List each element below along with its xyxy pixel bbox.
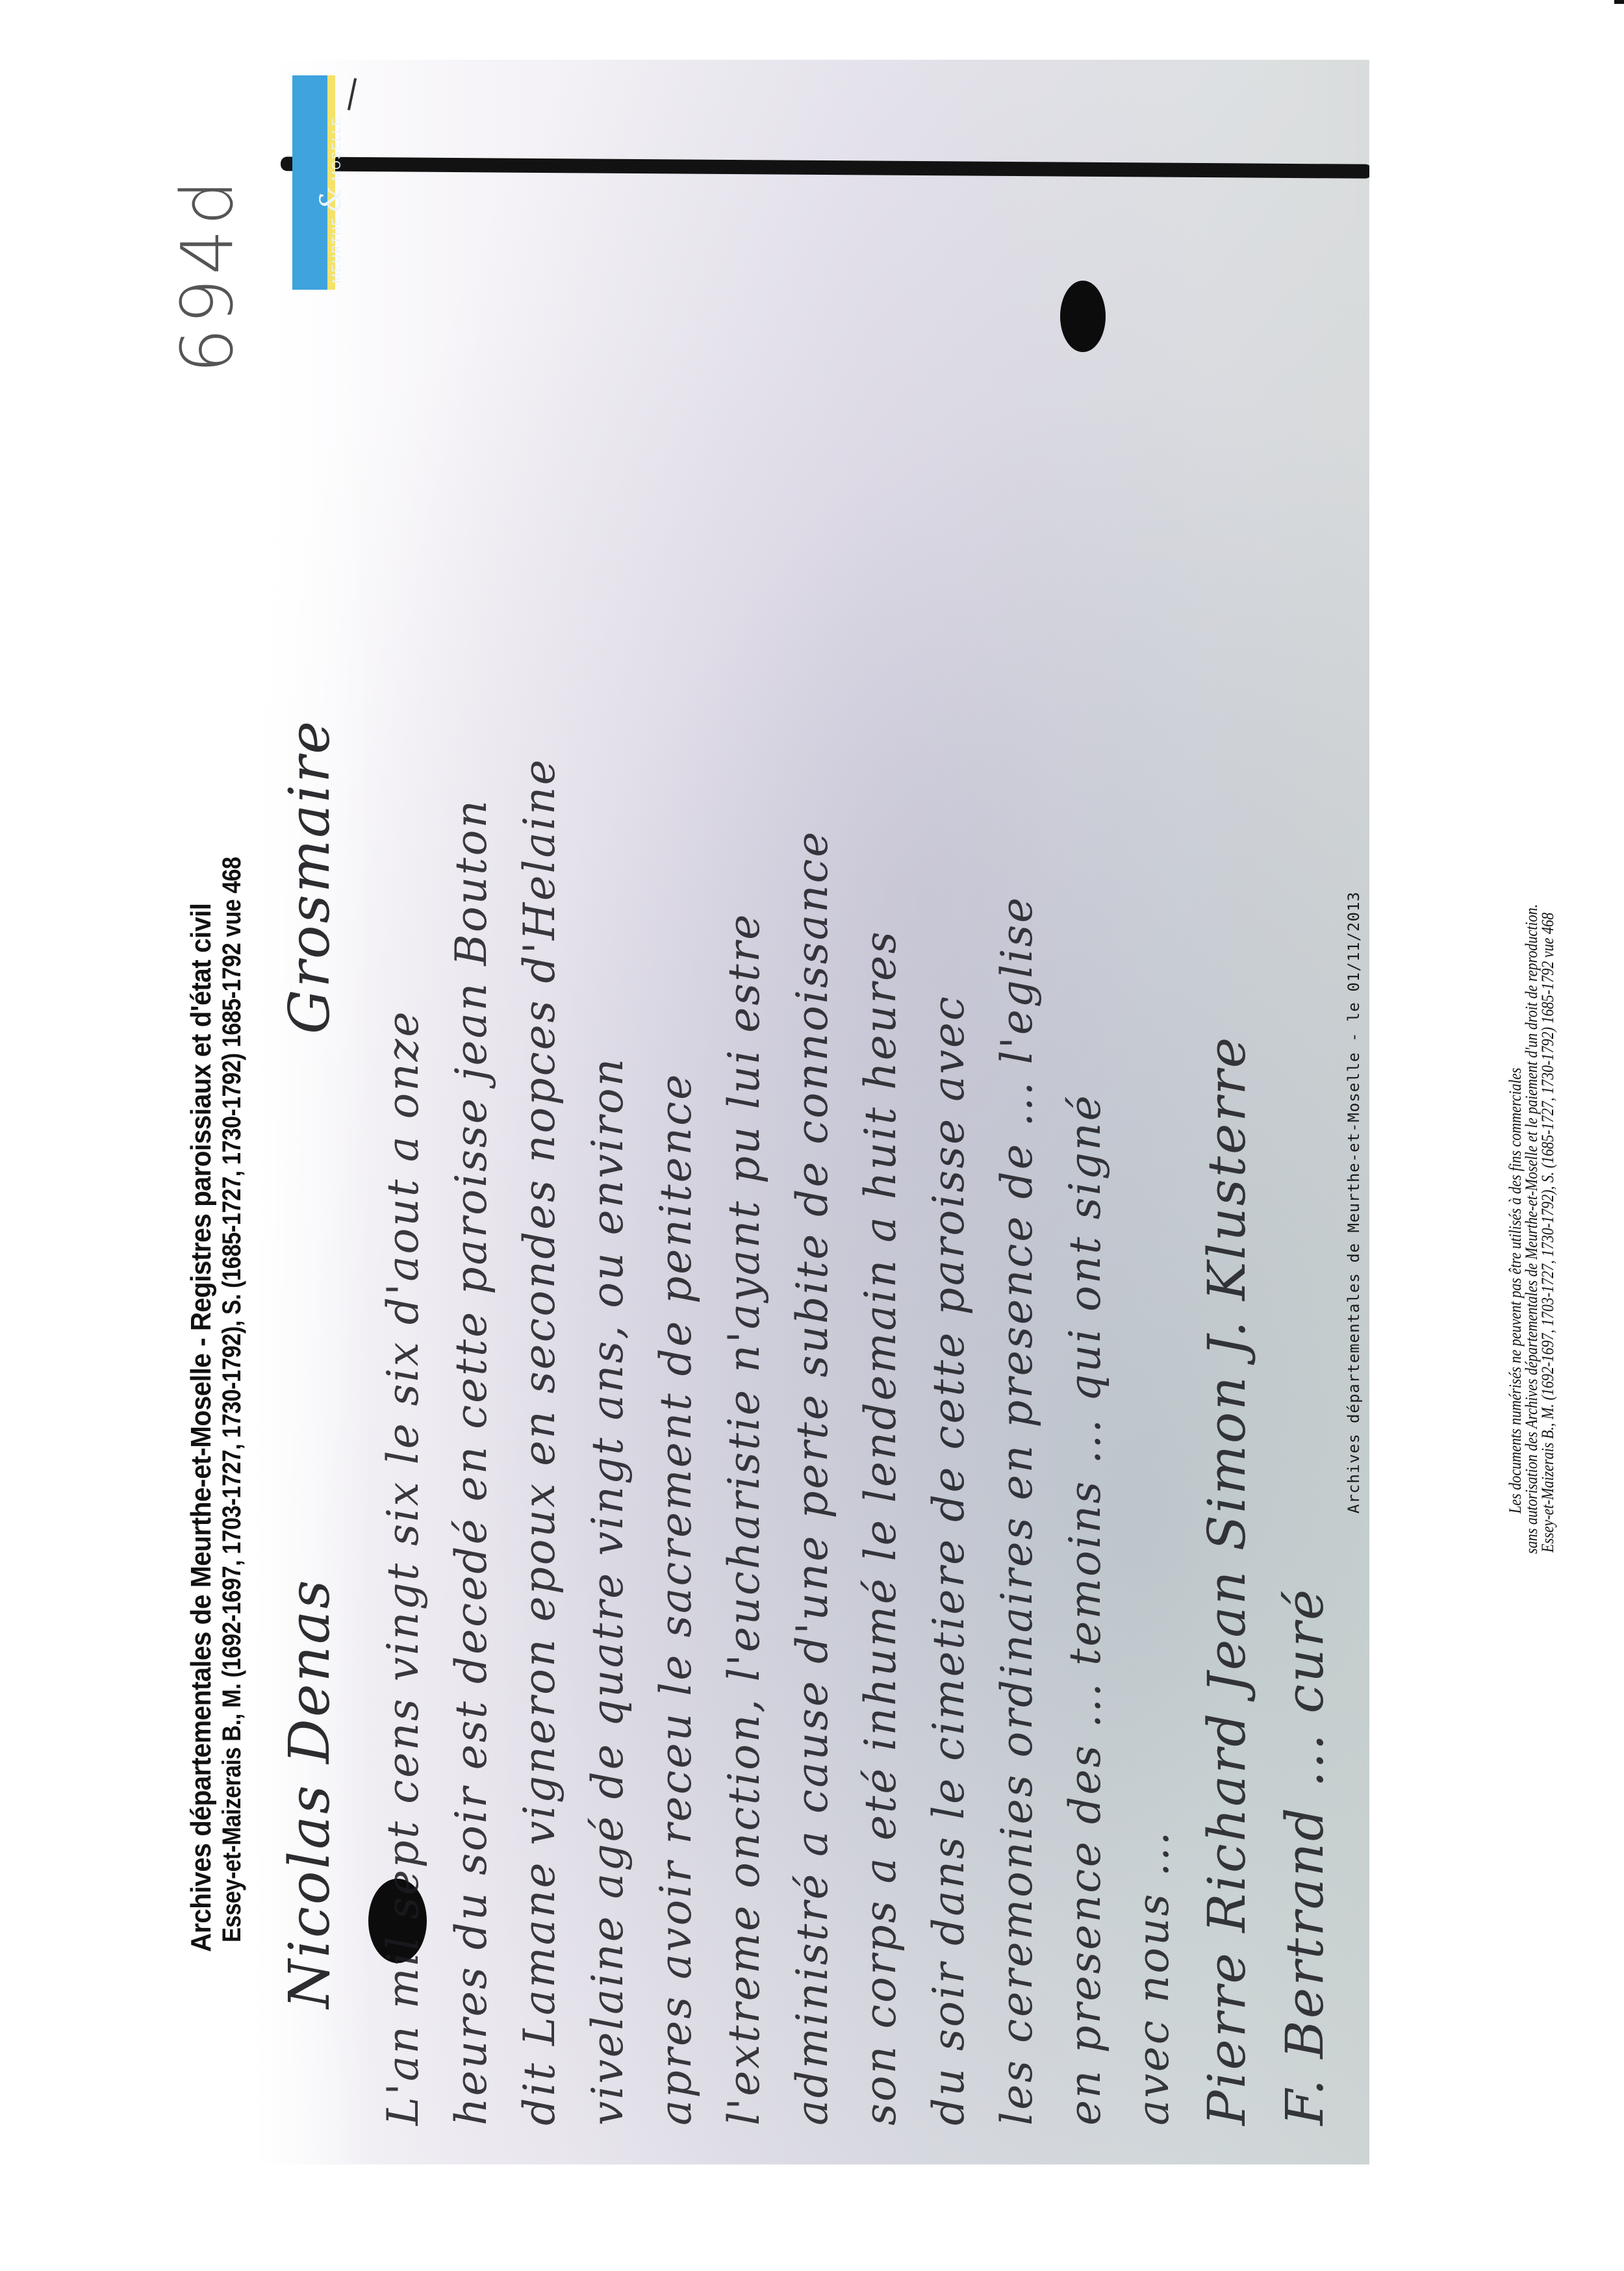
manuscript-line: son corps a eté inhumé le lendemain a hu…: [856, 930, 906, 2125]
logo-text-left: MEURTHE: [330, 216, 343, 283]
binding-spine-line: [281, 157, 1369, 179]
page-header-title: Archives départementales de Meurthe-et-M…: [185, 903, 218, 1952]
footer-line-3: Essey-et-Maizerais B., M. (1692-1697, 17…: [1538, 913, 1558, 1553]
manuscript-line: L'an mil sept cens vingt six le six d'ao…: [378, 1009, 428, 2125]
manuscript-signatures: F. Bertrand ... curé: [1275, 1588, 1335, 2125]
pencil-archive-number: 694d: [166, 176, 249, 374]
manuscript-line: administré a cause d'une perte subite de…: [787, 830, 837, 2125]
margin-name-1: Nicolas Denas: [277, 1578, 342, 2009]
manuscript-line: apres avoir receu le sacrement de penite…: [651, 1072, 701, 2125]
meurthe-et-moselle-logo: MEURTHE & MOSELLE: [292, 75, 335, 290]
logo-ampersand-icon: &: [314, 185, 348, 212]
manuscript-scan: Nicolas Denas Grosmaire L'an mil sept ce…: [255, 60, 1369, 2164]
manuscript-line: heures du soir est decedé en cette paroi…: [446, 798, 496, 2125]
manuscript-line: dit Lamane vigneron epoux en secondes no…: [514, 757, 565, 2125]
manuscript-line: l'extreme onction, l'eucharistie n'ayant…: [719, 913, 769, 2125]
ink-blot: [1060, 281, 1106, 352]
manuscript-line: vivelaine agé de quatre vingt ans, ou en…: [583, 1057, 633, 2125]
page-header-subtitle: Essey-et-Maizerais B., M. (1692-1697, 17…: [218, 857, 247, 1942]
manuscript-line: les ceremonies ordinaires en presence de…: [992, 896, 1042, 2125]
logo-blue-band: MEURTHE & MOSELLE: [292, 75, 327, 290]
manuscript-signatures: Pierre Richard Jean Simon J. Klusterre: [1197, 1035, 1257, 2125]
logo-text: MEURTHE & MOSELLE: [314, 116, 348, 283]
edge-mark: [1614, 0, 1624, 4]
scan-watermark: Archives départementales de Meurthe-et-M…: [1345, 891, 1363, 1514]
manuscript-line: du soir dans le cimetiere de cette paroi…: [924, 995, 974, 2125]
manuscript-line: en presence des ... temoins ... qui ont …: [1060, 1093, 1110, 2125]
manuscript-line: avec nous ...: [1128, 1830, 1178, 2125]
margin-name-2: Grosmaire: [277, 719, 342, 1034]
logo-text-right: MOSELLE: [330, 116, 343, 181]
